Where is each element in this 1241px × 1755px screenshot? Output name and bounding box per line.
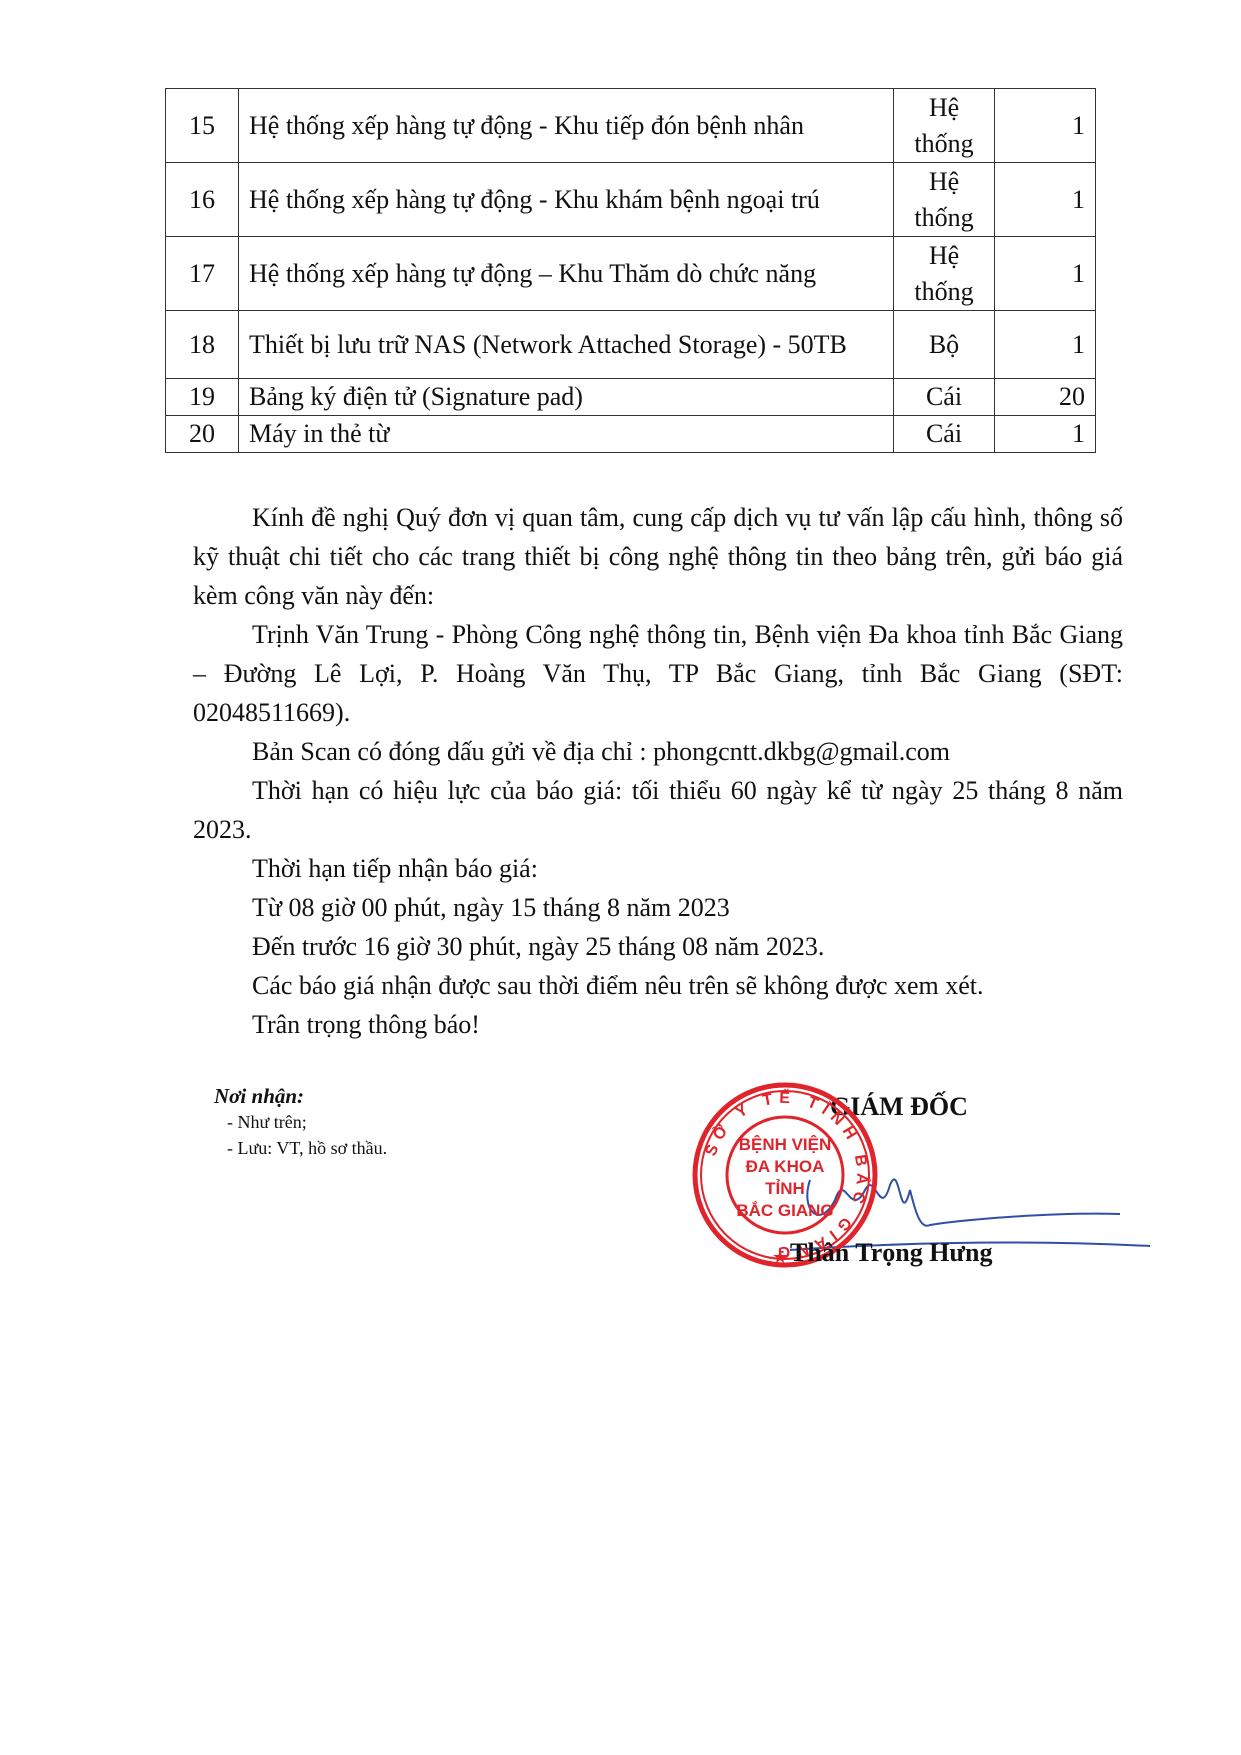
row-number: 19: [166, 379, 239, 416]
svg-text:TỈNH: TỈNH: [765, 1179, 805, 1198]
svg-text:BẮC GIANG: BẮC GIANG: [736, 1201, 833, 1220]
recipients-block: Nơi nhận: - Như trên; - Lưu: VT, hồ sơ t…: [214, 1083, 387, 1161]
row-number: 18: [166, 311, 239, 379]
item-quantity: 1: [995, 89, 1096, 163]
item-name: Hệ thống xếp hàng tự động - Khu khám bện…: [239, 163, 894, 237]
item-name: Thiết bị lưu trữ NAS (Network Attached S…: [239, 311, 894, 379]
row-number: 15: [166, 89, 239, 163]
item-name: Hệ thống xếp hàng tự động - Khu tiếp đón…: [239, 89, 894, 163]
recipient-line: - Như trên;: [214, 1109, 387, 1135]
item-quantity: 1: [995, 416, 1096, 453]
item-unit: Hệ thống: [894, 89, 995, 163]
signer-name: Thân Trọng Hưng: [790, 1238, 993, 1268]
deadline-to: Đến trước 16 giờ 30 phút, ngày 25 tháng …: [193, 927, 1123, 966]
letter-body: Kính đề nghị Quý đơn vị quan tâm, cung c…: [193, 498, 1123, 1044]
item-name: Máy in thẻ từ: [239, 416, 894, 453]
signature-block: GIÁM ĐỐC SỞ Y TẾ TỈNH BẮC GIANG BỆNH VIỆ…: [680, 1060, 1150, 1290]
closing-line: Trân trọng thông báo!: [193, 1005, 1123, 1044]
item-unit: Cái: [894, 416, 995, 453]
deadline-from: Từ 08 giờ 00 phút, ngày 15 tháng 8 năm 2…: [193, 888, 1123, 927]
row-number: 17: [166, 237, 239, 311]
item-quantity: 1: [995, 311, 1096, 379]
item-unit: Hệ thống: [894, 163, 995, 237]
item-quantity: 1: [995, 237, 1096, 311]
deadline-label: Thời hạn tiếp nhận báo giá:: [193, 849, 1123, 888]
svg-text:★: ★: [772, 1247, 788, 1267]
late-notice: Các báo giá nhận được sau thời điểm nêu …: [193, 966, 1123, 1005]
recipient-line: - Lưu: VT, hồ sơ thầu.: [214, 1135, 387, 1161]
svg-text:BỆNH VIỆN: BỆNH VIỆN: [739, 1135, 832, 1154]
contact-paragraph: Trịnh Văn Trung - Phòng Công nghệ thông …: [193, 615, 1123, 732]
item-unit: Bộ: [894, 311, 995, 379]
validity-paragraph: Thời hạn có hiệu lực của báo giá: tối th…: [193, 771, 1123, 849]
table-row: 17Hệ thống xếp hàng tự động – Khu Thăm d…: [166, 237, 1096, 311]
table-row: 15Hệ thống xếp hàng tự động - Khu tiếp đ…: [166, 89, 1096, 163]
table-row: 18Thiết bị lưu trữ NAS (Network Attached…: [166, 311, 1096, 379]
scan-email-line: Bản Scan có đóng dấu gửi về địa chỉ : ph…: [193, 732, 1123, 771]
item-name: Bảng ký điện tử (Signature pad): [239, 379, 894, 416]
item-unit: Cái: [894, 379, 995, 416]
equipment-table: 15Hệ thống xếp hàng tự động - Khu tiếp đ…: [165, 88, 1096, 453]
row-number: 16: [166, 163, 239, 237]
item-name: Hệ thống xếp hàng tự động – Khu Thăm dò …: [239, 237, 894, 311]
item-quantity: 1: [995, 163, 1096, 237]
table-row: 19Bảng ký điện tử (Signature pad)Cái20: [166, 379, 1096, 416]
row-number: 20: [166, 416, 239, 453]
table-row: 20Máy in thẻ từCái1: [166, 416, 1096, 453]
recipients-title: Nơi nhận:: [214, 1083, 387, 1109]
item-unit: Hệ thống: [894, 237, 995, 311]
table-row: 16Hệ thống xếp hàng tự động - Khu khám b…: [166, 163, 1096, 237]
request-paragraph: Kính đề nghị Quý đơn vị quan tâm, cung c…: [193, 498, 1123, 615]
document-page: 15Hệ thống xếp hàng tự động - Khu tiếp đ…: [0, 0, 1241, 1755]
item-quantity: 20: [995, 379, 1096, 416]
svg-text:ĐA KHOA: ĐA KHOA: [746, 1157, 825, 1176]
